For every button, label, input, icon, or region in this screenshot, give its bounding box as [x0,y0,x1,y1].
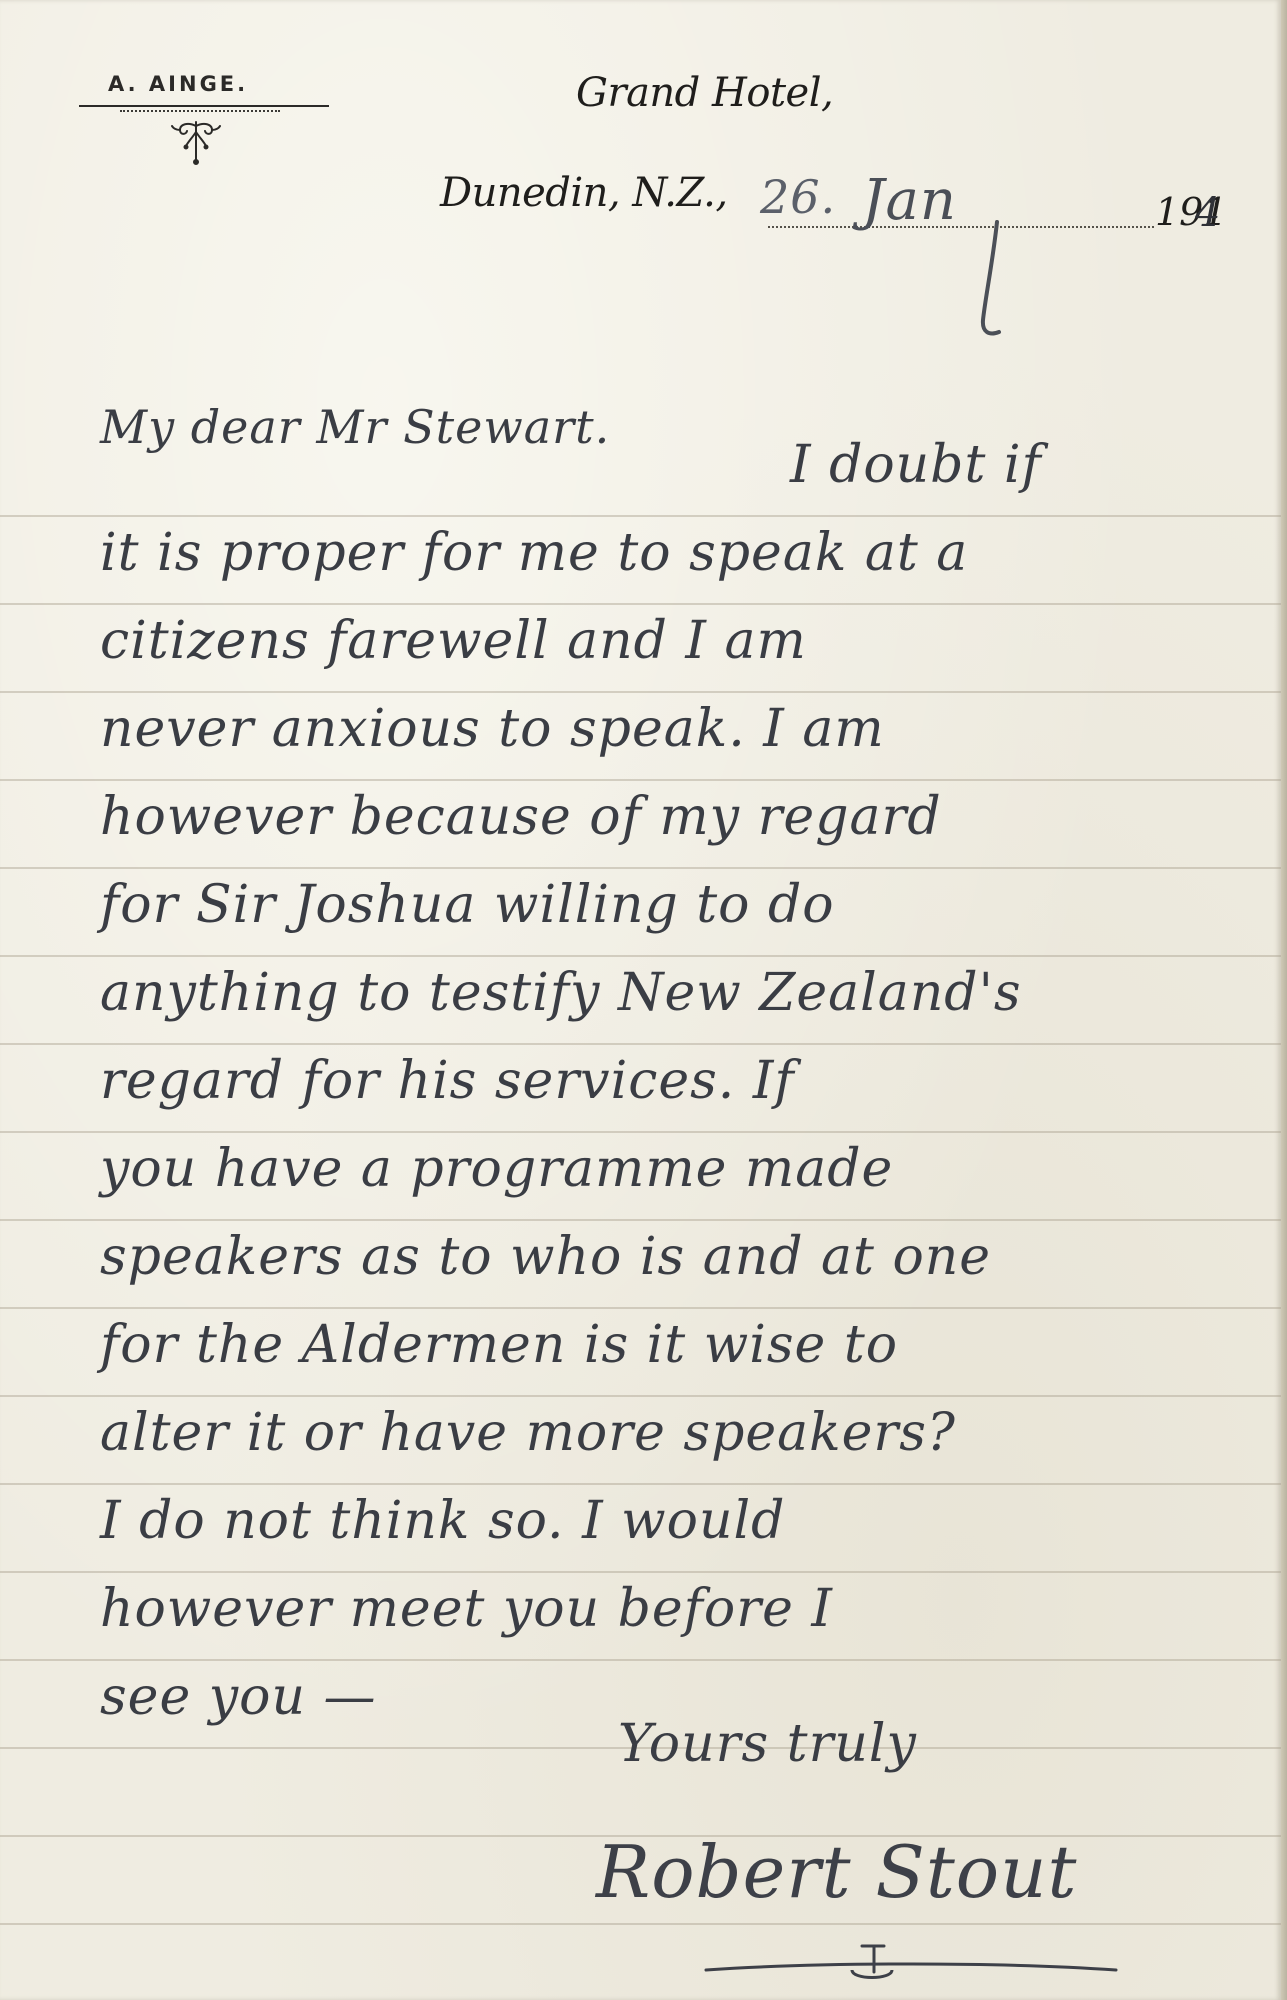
date-day: 26. [760,170,836,224]
letter-line: you have a programme made [100,1139,893,1199]
letter-line: see you — [100,1667,376,1727]
letter-line: I do not think so. I would [100,1491,785,1551]
letterhead-proprietor: A. AINGE. [108,72,248,96]
letterhead-city: Dunedin, N.Z., [440,170,728,216]
letter-line: citizens farewell and I am [100,611,807,671]
ruled-line [0,603,1281,605]
ruled-line [0,1923,1281,1925]
ruled-line [0,1571,1281,1573]
ruled-line [0,1659,1281,1661]
scroll-ornament-icon [168,118,224,166]
page-edge [1281,0,1287,2000]
letter-line: for Sir Joshua willing to do [100,875,835,935]
letter-line: anything to testify New Zealand's [100,963,1022,1023]
salutation: My dear Mr Stewart. [100,400,610,454]
date-month: Jan [862,168,957,233]
date-dotted-line [768,226,1154,228]
ruled-line [0,1043,1281,1045]
ruled-line [0,1395,1281,1397]
letter-line: however meet you before I [100,1579,833,1639]
month-descender-stroke [975,220,1005,340]
ruled-line [0,515,1281,517]
date-year-digit: 4 [1195,190,1221,236]
letter-line: however because of my regard [100,787,942,847]
ruled-line [0,1307,1281,1309]
letter-line: alter it or have more speakers? [100,1403,956,1463]
ruled-line [0,1219,1281,1221]
letterhead-hotel-name: Grand Hotel, [576,70,833,116]
signature-flourish [702,1940,1122,1980]
letter-line: it is proper for me to speak at a [100,523,968,583]
signature: Robert Stout [596,1830,1077,1914]
ruled-line [0,691,1281,693]
ruled-line [0,1483,1281,1485]
letterhead-dotted-rule [120,110,280,112]
letter-line: I doubt if [790,435,1042,495]
letter-line: for the Aldermen is it wise to [100,1315,898,1375]
ruled-line [0,1131,1281,1133]
letter-sheet: A. AINGE. Grand Hotel, Dunedin, N.Z., 19… [0,0,1281,2000]
letter-line: never anxious to speak. I am [100,699,885,759]
ruled-line [0,955,1281,957]
ruled-line [0,867,1281,869]
closing: Yours truly [618,1714,917,1774]
letter-line: speakers as to who is and at one [100,1227,991,1287]
ruled-line [0,779,1281,781]
letter-line: regard for his services. If [100,1051,795,1111]
